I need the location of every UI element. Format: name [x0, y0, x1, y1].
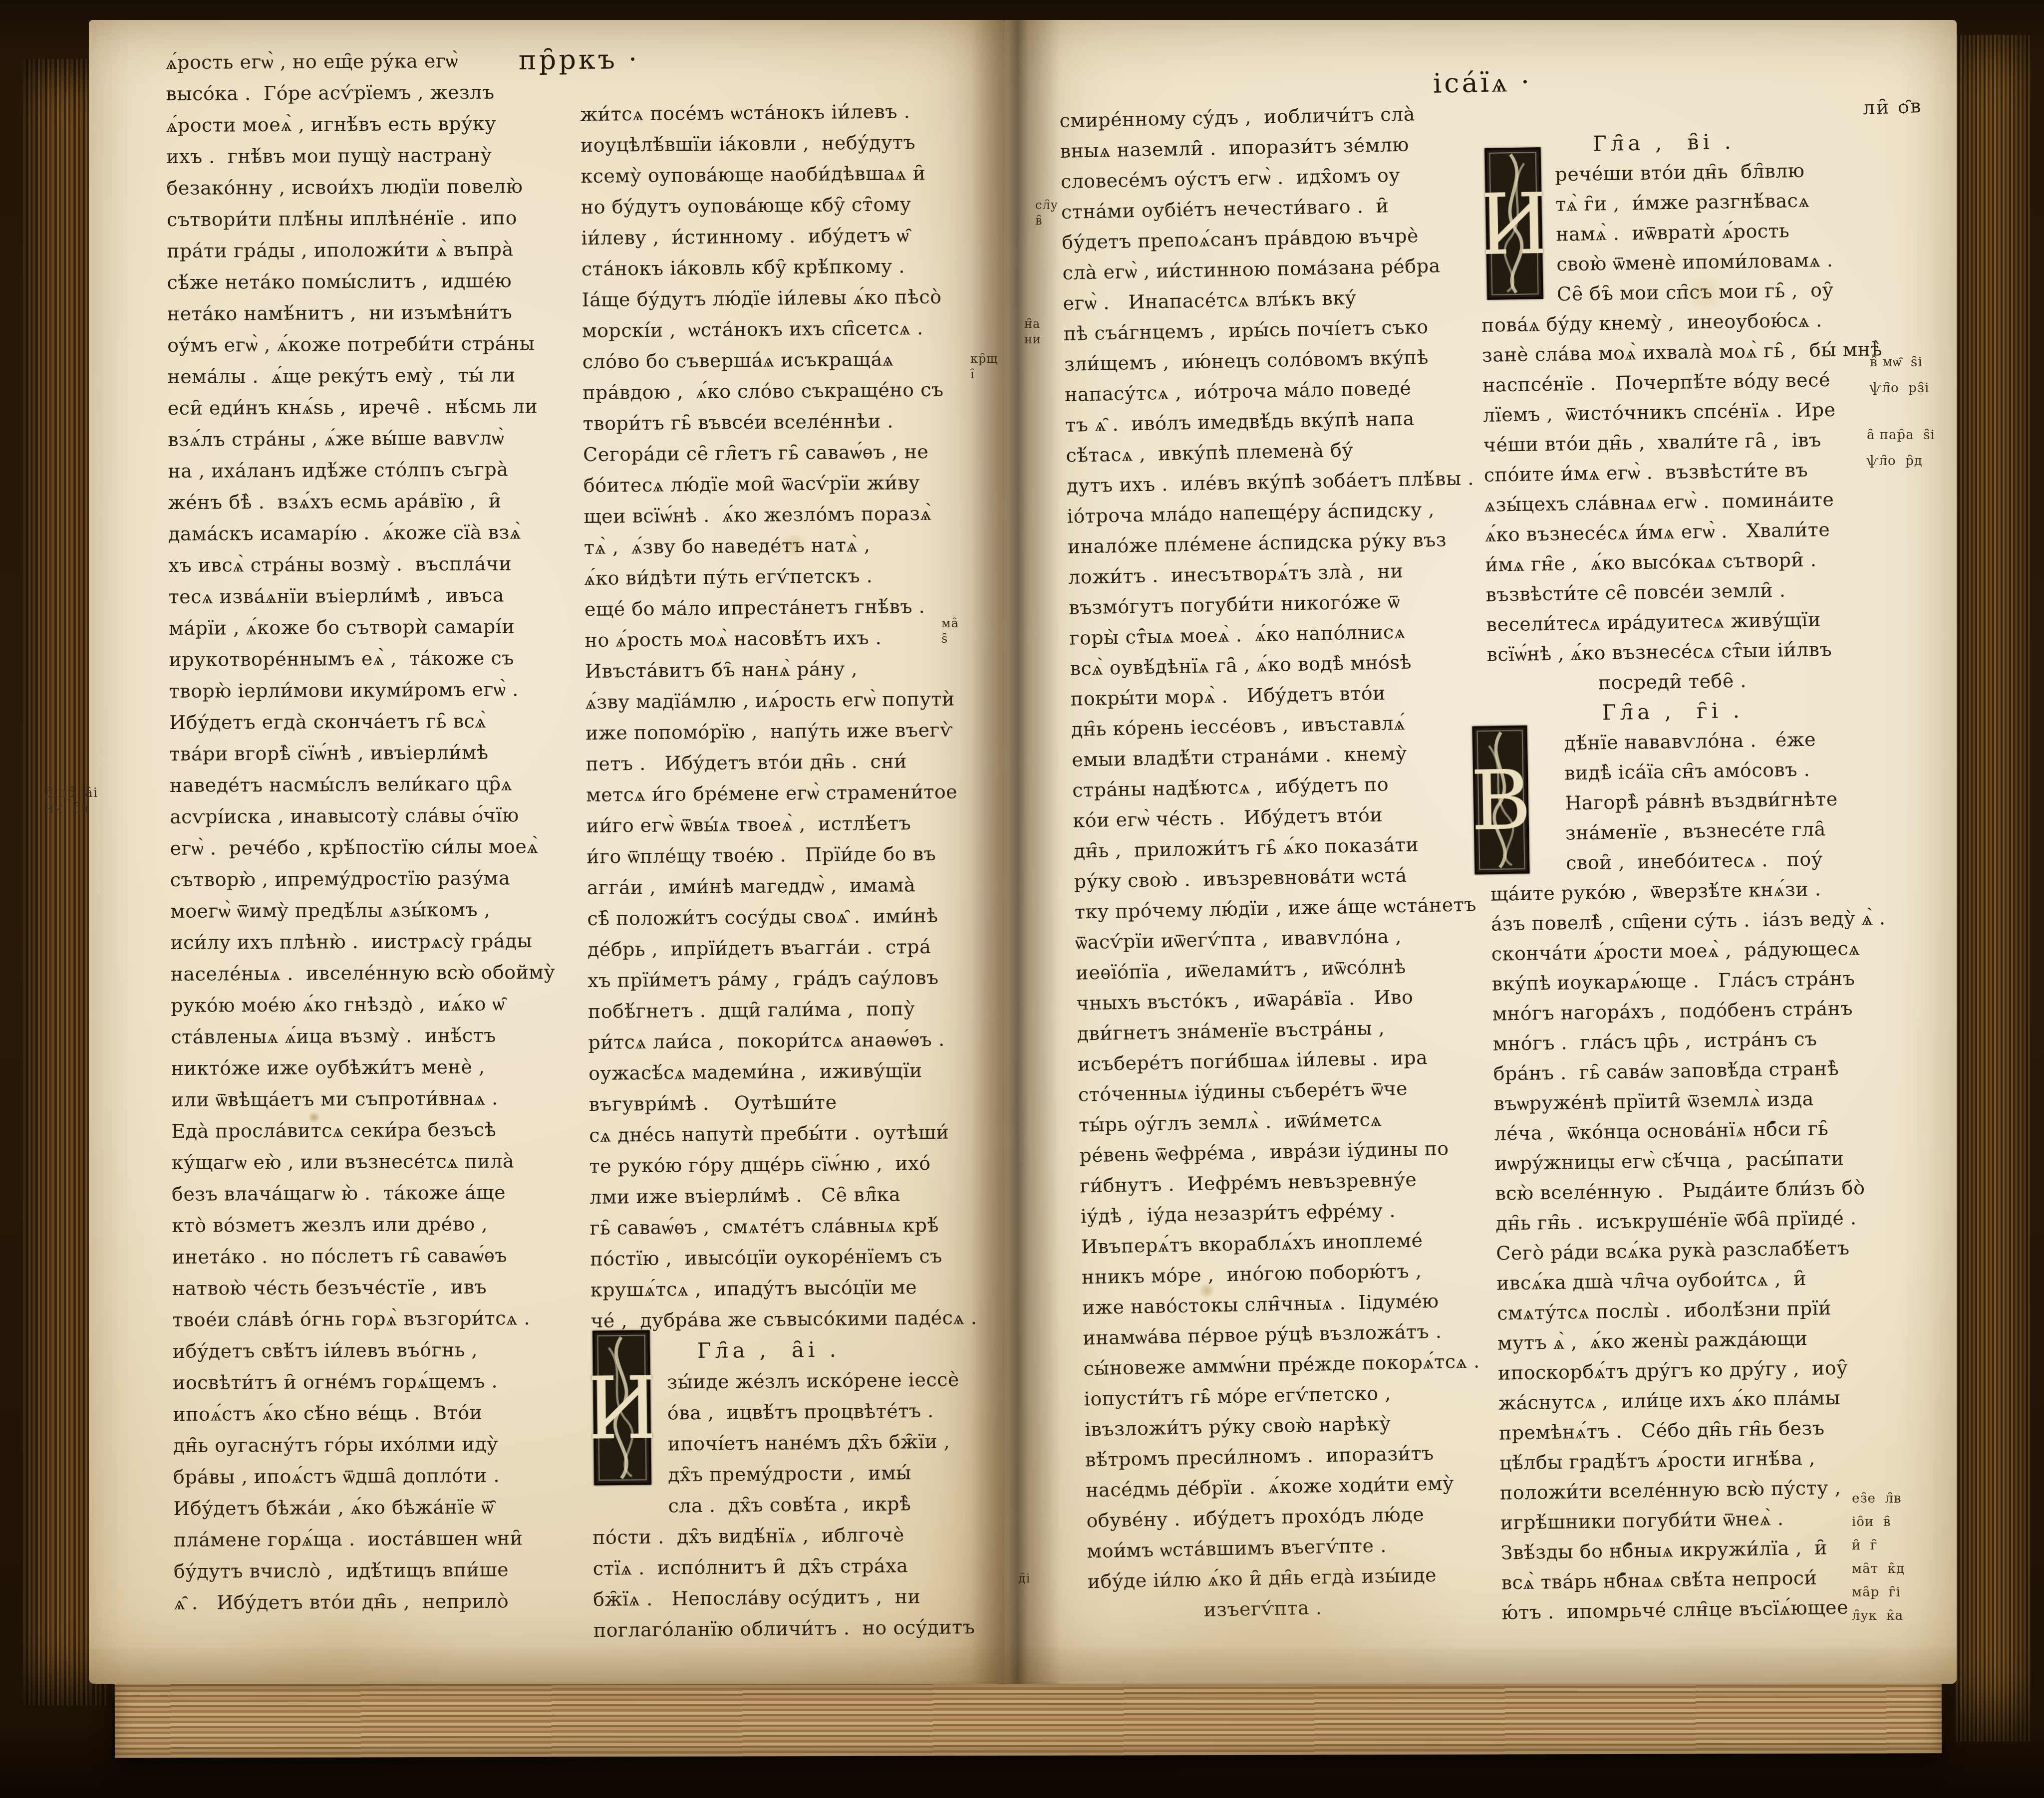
woodcut-initial-chapter-11: И — [591, 1330, 652, 1485]
text-line: пра́ти гра́ды , иположи́ти ѧ̀ въпра̀ — [167, 234, 512, 267]
text-line: хъ прїи́метъ ра́му , гра́дъ сау́ловъ — [587, 962, 943, 996]
text-line: ѧ́ко ви́дѣти пу́ть егѵ́петскъ . — [584, 560, 940, 594]
text-line: или ѿвѣща́етъ ми съпроти́внаѧ . — [171, 1082, 517, 1116]
text-line: бо́итесѧ лю́дїе мои̑ ѿасѵ́рїи жи́ву — [583, 467, 939, 501]
text-line: положи́ти вселе́нную всю̀ пу́сту , — [1499, 1472, 1870, 1508]
text-line: ксему̀ оупова́юще наоби́дѣвшаѧ и̑ — [581, 158, 936, 192]
margin-note-line: и̑ г̑ — [1852, 1534, 1905, 1557]
text-line: жи́тсѧ посе́мъ ѡста́нокъ іи́левъ . — [580, 96, 936, 130]
text-line: сѧ дне́сь напутѝ пребы́ти . оутѣши́ — [589, 1117, 945, 1151]
book-photo: пр̑ркъ · іса́їѧ · ли̑ ѻ̑в ѧ́рость егѡ̀ ,… — [0, 0, 2044, 1798]
text-line: Іа́ще бу́дутъ лю́дїе іи́левы ѧ́ко пѣсо̀ — [582, 281, 937, 315]
text-line: бж̑їѧ . Непосла́ву осу́дитъ , ни — [593, 1581, 949, 1615]
text-line: иже попомо́рїю , напу́ть иже въегѵ̀ — [585, 715, 941, 749]
running-header-left: пр̑ркъ · — [484, 43, 674, 76]
text-line: гь̑ саваѡ́ѳъ , смѧте́тъ сла́вныѧ крѣ́ — [589, 1210, 945, 1244]
text-line: сла . дх̑ъ совѣ́та , икрѣ̀ — [592, 1488, 948, 1522]
text-line: Ивъста́витъ бъ̑ нанѧ̀ ра́ну , — [585, 653, 941, 687]
margin-note: в̑ мѡ̑ ѕ̑іѱл̑о рз̑і — [1870, 349, 1929, 401]
text-column-left-1: ѧ́рость егѡ̀ , но ещ̑е ру́ка егѡ̀высо́ка… — [166, 45, 519, 1619]
text-line: инета́ко . но по́слетъ гь̑ саваѡ́ѳъ — [172, 1240, 518, 1273]
text-line: но ѧ́рость моѧ̀ насовѣ́тъ ихъ . — [584, 622, 940, 656]
margin-note: н̑ани — [1024, 316, 1041, 347]
text-line: твори́тъ гь̑ въвсе́и вселе́ннѣи . — [583, 405, 938, 439]
margin-note-line: в̑ — [1035, 213, 1058, 229]
initial-letter: И — [591, 1358, 652, 1459]
text-line: ѧ́рость егѡ̀ , но ещ̑е ру́ка егѡ̀ — [166, 45, 511, 78]
folio-number: ли̑ ѻ̑в — [1862, 95, 1923, 119]
text-line: сътворю̀ , ипрему́дростїю разу́ма — [170, 862, 516, 896]
text-line: натвою̀ че́сть безъче́стїе , ивъ — [172, 1271, 518, 1304]
margin-note-line: н̑а — [1024, 316, 1041, 332]
margin-note-line: ни л̑з — [45, 801, 98, 816]
text-line: же́нъ бѣ̀ . взѧ́хъ есмь ара́вїю , и̑ — [168, 485, 514, 518]
text-line: ста́нокъ іа́ковль кбу̑ крѣ́пкому . — [582, 251, 937, 284]
text-line: твое́и сла́вѣ о́гнь горѧ̀ възгори́тсѧ . — [172, 1302, 518, 1336]
text-line: сътвори́ти плѣ́ны иплѣне́нїе . ипо — [167, 202, 512, 236]
margin-note-line: д̑ цр̑ а̑і — [45, 785, 98, 801]
text-line: оу́мъ егѡ̀ , ѧ́коже потреби́ти стра́ны — [167, 328, 513, 361]
text-line: іи́леву , и́стинному . ибу́детъ ѡ̑ — [581, 220, 937, 254]
margin-note-line: ма̑т к̑д — [1852, 1557, 1905, 1581]
margin-note: д̑ цр̑ а̑іни л̑з — [45, 785, 98, 816]
margin-note-line: д̑і — [1018, 1571, 1030, 1586]
text-line: всїѡ́нѣ , ѧ́ко възнесе́сѧ ст̑ыи іи́лвъ — [1486, 634, 1857, 670]
text-line: петъ . Ибу́детъ вто́и дн̑ь . сни́ — [585, 746, 941, 779]
text-line: пла́мене горѧ́ща . иоста́вшен ѡни̑ — [174, 1523, 519, 1556]
margin-note-line: а̑ пар̑а ѕ̑і — [1867, 422, 1935, 448]
text-line: иси́лу ихъ плѣню̀ . иистрѧсу̀ гра́ды — [170, 925, 516, 959]
text-line: ѧ́рости моеѧ̀ , игнѣ́въ есть вру́ку — [166, 108, 512, 141]
text-line: дама́скъ исамарі́ю . ѧ́коже сїа̀ взѧ̀ — [168, 516, 514, 550]
text-line: дн̑ь оугасну́тъ го́ры ихо́лми иду̀ — [173, 1428, 519, 1462]
text-line: населе́ныѧ . ивселе́нную всю̀ обойму̀ — [171, 957, 516, 990]
text-line: нета́ко намѣ́нитъ , ни изъмѣни́тъ — [167, 296, 513, 330]
margin-note-line: ни — [1024, 332, 1041, 347]
text-line: Ибу́детъ егда̀ сконча́етъ гь̑ всѧ̀ — [169, 705, 515, 739]
text-line: ю́тъ . ипомрьче́ слн̑це въсїѧ́ющее — [1501, 1592, 1872, 1628]
text-line: Сего̀ ра́ди всѧ́ка рука̀ разслабѣ́етъ — [1496, 1233, 1867, 1269]
text-line: творю̀ іерли́мови икуми́ромъ егѡ̀ . — [169, 674, 515, 707]
text-line: поглаго́ланїю обличи́тъ . но осу́дитъ — [593, 1612, 949, 1646]
text-line: но бу́дутъ оупова́юще кбу̑ ст̑ому — [581, 189, 937, 223]
text-line: морскі́и , ѡста́нокъ ихъ сп̑сетсѧ . — [582, 312, 938, 346]
text-line: ихъ . гнѣ́въ мои пущу̀ настрану̀ — [166, 139, 512, 173]
woodcut-initial-chapter-12: И — [1484, 147, 1543, 300]
text-line: пра́вдою , ѧ́ко сло́во съкраще́но съ — [583, 374, 938, 408]
text-column-right-2: Гл̑а , в̑і .рече́ши вто́и дн̑ь бл̑влютѧ̀… — [1478, 125, 1872, 1627]
text-line: тесѧ изва́ѧнїи въіерли́мѣ , ивъса — [169, 579, 514, 613]
text-line: щеи всїѡ́нѣ . ѧ́ко жезло́мъ поразѧ̀ — [584, 498, 939, 532]
text-line: кто̀ во́зметъ жезлъ или дре́во , — [172, 1208, 517, 1242]
text-line: иосвѣти́тъ и̑ огне́мъ горѧ́щемъ . — [173, 1365, 518, 1399]
margin-note-line: ѕ̑ — [941, 631, 959, 647]
text-line: на , иха́ланъ идѣ́же сто́лпъ съгра̀ — [168, 454, 513, 487]
text-line: де́брь , ипрїи́детъ въагга́и . стра́ — [587, 931, 943, 965]
margin-note-line: і̑ — [970, 367, 998, 382]
margin-note: кр̑щі̑ — [970, 351, 998, 382]
text-line: въгуври́мѣ . Оутѣши́те — [588, 1086, 944, 1120]
text-line: тва́ри вгорѣ̀ сїѡ́нѣ , ивъіерли́мѣ — [169, 737, 515, 770]
text-line: егѡ̀ . рече́бо , крѣ́постїю си́лы моеѧ̀ — [170, 831, 515, 864]
text-line: ма́рїи , ѧ́коже бо сътворѝ самарі́и — [169, 611, 514, 644]
margin-note-line: л̑ук к̑а — [1852, 1604, 1905, 1628]
text-column-right-1: смире́нному су́дъ , иобличи́тъ сла̀вныѧ … — [1059, 99, 1438, 1628]
text-line: смѧту́тсѧ послы̀ . иболѣ́зни прїи́ — [1497, 1292, 1868, 1328]
page-stack-edge-bottom — [115, 1678, 1942, 1758]
text-line: моегѡ̀ ѿиму̀ предѣ́лы ѧзы́комъ , — [170, 894, 516, 927]
text-line: высо́ка . Го́ре асѵ́рїемъ , жезлъ — [166, 76, 511, 110]
text-line: и́мѧ гн̑е , ѧ́ко высо́каѧ сътвори̑ . — [1485, 544, 1856, 580]
woodcut-initial-chapter-13: В — [1472, 721, 1529, 879]
text-line: Сегора́ди се̑ гл̑етъ гь̑ саваѡ́ѳъ , не — [583, 436, 939, 470]
text-line: сѣ́же нета́ко помы́слитъ , идше́ю — [167, 265, 512, 298]
text-line: хъ ивсѧ̀ стра́ны возму̀ . въспла́чи — [168, 548, 514, 581]
margin-note-line: ма̑р г̑і — [1852, 1581, 1905, 1604]
margin-note-line: сл̑у — [1035, 198, 1058, 213]
text-line: безако́нну , исвои́хъ людїи повелю̀ — [166, 171, 512, 204]
text-line: ста́вленыѧ ѧ́ица възму̀ . инѣ́стъ — [171, 1020, 516, 1053]
text-line: сѣ̑ положи́тъ сосу́ды своѧ̑ . ими́нѣ — [587, 900, 943, 934]
margin-note-line: ѱл̑о р̑д — [1867, 448, 1935, 474]
text-line: агга́и , ими́нѣ магеддѡ̀ , имама̀ — [587, 869, 943, 903]
text-line: те руко́ю го́ру дще́рь сїѡ́ню , ихо́ — [589, 1148, 945, 1182]
text-line: бу́дутъ вчисло̀ , идѣ́тищъ впи́ше — [174, 1554, 519, 1587]
text-line: взѧ́лъ стра́ны , ѧ́же вы́ше вавѵлѡ̀ — [168, 422, 513, 456]
text-line: оужасѣ́сѧ мадеми́на , иживу́щїи — [588, 1055, 944, 1089]
text-line: ибу́детъ свѣ́тъ іи́левъ въо́гнь , — [173, 1334, 518, 1367]
text-line: тѧ̀ , ѧ́зву бо наведе́тъ натѧ̀ , — [584, 529, 940, 563]
text-line: ипоѧ́стъ ѧ́ко сѣ́но ве́щь . Вто́и — [173, 1397, 518, 1430]
text-line: руко́ю мое́ю ѧ́ко гнѣздо̀ , иѧ́ко ѡ̑ — [171, 988, 516, 1022]
margin-note: ма̑ѕ̑ — [941, 616, 959, 647]
text-line: ѧ̑ . Ибу́детъ вто́и дн̑ь , неприло̀ — [174, 1585, 519, 1619]
text-line: метсѧ и́го бре́мене егѡ̀ страмени́тое — [586, 776, 942, 810]
text-line: сло́во бо съверша́ѧ исъкраща́ѧ — [582, 343, 938, 377]
margin-note-line: ез̑е л̑в — [1852, 1487, 1905, 1511]
text-line: по́стїю , ивысо́цїи оукоре́нїемъ съ — [590, 1241, 946, 1275]
margin-note-line: в̑ мѡ̑ ѕ̑і — [1870, 349, 1929, 375]
text-line: бра́вы , ипоѧ́стъ ѿдша̑ допло́ти . — [173, 1460, 519, 1493]
text-line: ирукотворе́ннымъ еѧ̀ , та́коже съ — [169, 642, 514, 676]
text-line: наведе́тъ насмы́слъ вели́каго цр̑ѧ — [170, 768, 515, 801]
initial-letter: И — [1484, 174, 1543, 274]
text-line: стїѧ . испо́лнитъ и̑ дх̑ъ стра́ха — [592, 1550, 948, 1584]
margin-note: д̑і — [1018, 1571, 1030, 1586]
text-line: еси̑ еди́нъ кнѧ́ѕь , ирече̑ . нѣ́смь ли — [168, 391, 513, 424]
margin-note-line: іо̑и в̑ — [1852, 1511, 1905, 1534]
text-line: нема́лы . ѧ́ще реку́тъ ему̀ , ты́ ли — [167, 359, 513, 393]
text-line: никто́же иже оубѣжи́тъ менѐ , — [171, 1051, 517, 1084]
margin-note: сл̑ув̑ — [1035, 198, 1058, 229]
text-line: асѵрі́иска , инавысоту̀ сла́вы ѻ́чїю — [170, 799, 515, 833]
text-line: еще́ бо ма́ло ипреста́нетъ гнѣ́въ . — [584, 591, 940, 625]
text-line: по́сти . дх̑ъ видѣ́нїѧ , иблгочѐ — [592, 1519, 948, 1553]
text-line: ку́щагѡ ею̀ , или възнесе́тсѧ пила̀ — [172, 1145, 517, 1179]
margin-note-line: кр̑щ — [970, 351, 998, 367]
text-line: Еда̀ просла́витсѧ секи́ра безъсѣ — [171, 1114, 517, 1147]
margin-note-line: ма̑ — [941, 616, 959, 631]
text-line: ѧ́зву мадїа́млю , иѧ́рость егѡ̀ попутѝ — [585, 684, 941, 718]
text-line: безъ влача́щагѡ ю̀ . та́коже а́ще — [172, 1177, 517, 1210]
margin-note-line: ѱл̑о рз̑і — [1870, 375, 1929, 401]
text-line: побѣ́гнетъ . дщи̑ гали́ма , попу̀ — [588, 993, 944, 1027]
initial-letter: В — [1472, 752, 1529, 849]
text-line: лми иже въіерли́мѣ . Се̑ вл̑ка — [589, 1179, 945, 1213]
text-line: крушѧ́тсѧ , ипаду́тъ высо́цїи ме — [590, 1272, 946, 1305]
margin-note: а̑ пар̑а ѕ̑іѱл̑о р̑д — [1867, 422, 1935, 474]
running-header-right: іса́їѧ · — [1387, 65, 1577, 100]
text-line: иоуцѣлѣ́вшїи іа́ковли , небу́дутъ — [581, 127, 936, 161]
text-line: и́го ѿпле́щу твое́ю . Прїи́де бо въ — [586, 838, 942, 872]
text-line: Ибу́детъ бѣжа́и , ѧ́ко бѣжа́нїе ѿ̑ — [173, 1491, 519, 1525]
text-line: ии́го егѡ̀ ѿвы́ѧ твоеѧ̀ , истлѣ́етъ — [586, 807, 942, 841]
text-line: ри́тсѧ лаи́са , покори́тсѧ анаѳѡ́ѳъ . — [588, 1024, 944, 1058]
margin-note: ез̑е л̑віо̑и в̑и̑ г̑ма̑т к̑дма̑р г̑іл̑ук… — [1852, 1487, 1905, 1628]
page-stack-edge-right — [1956, 35, 2031, 1742]
